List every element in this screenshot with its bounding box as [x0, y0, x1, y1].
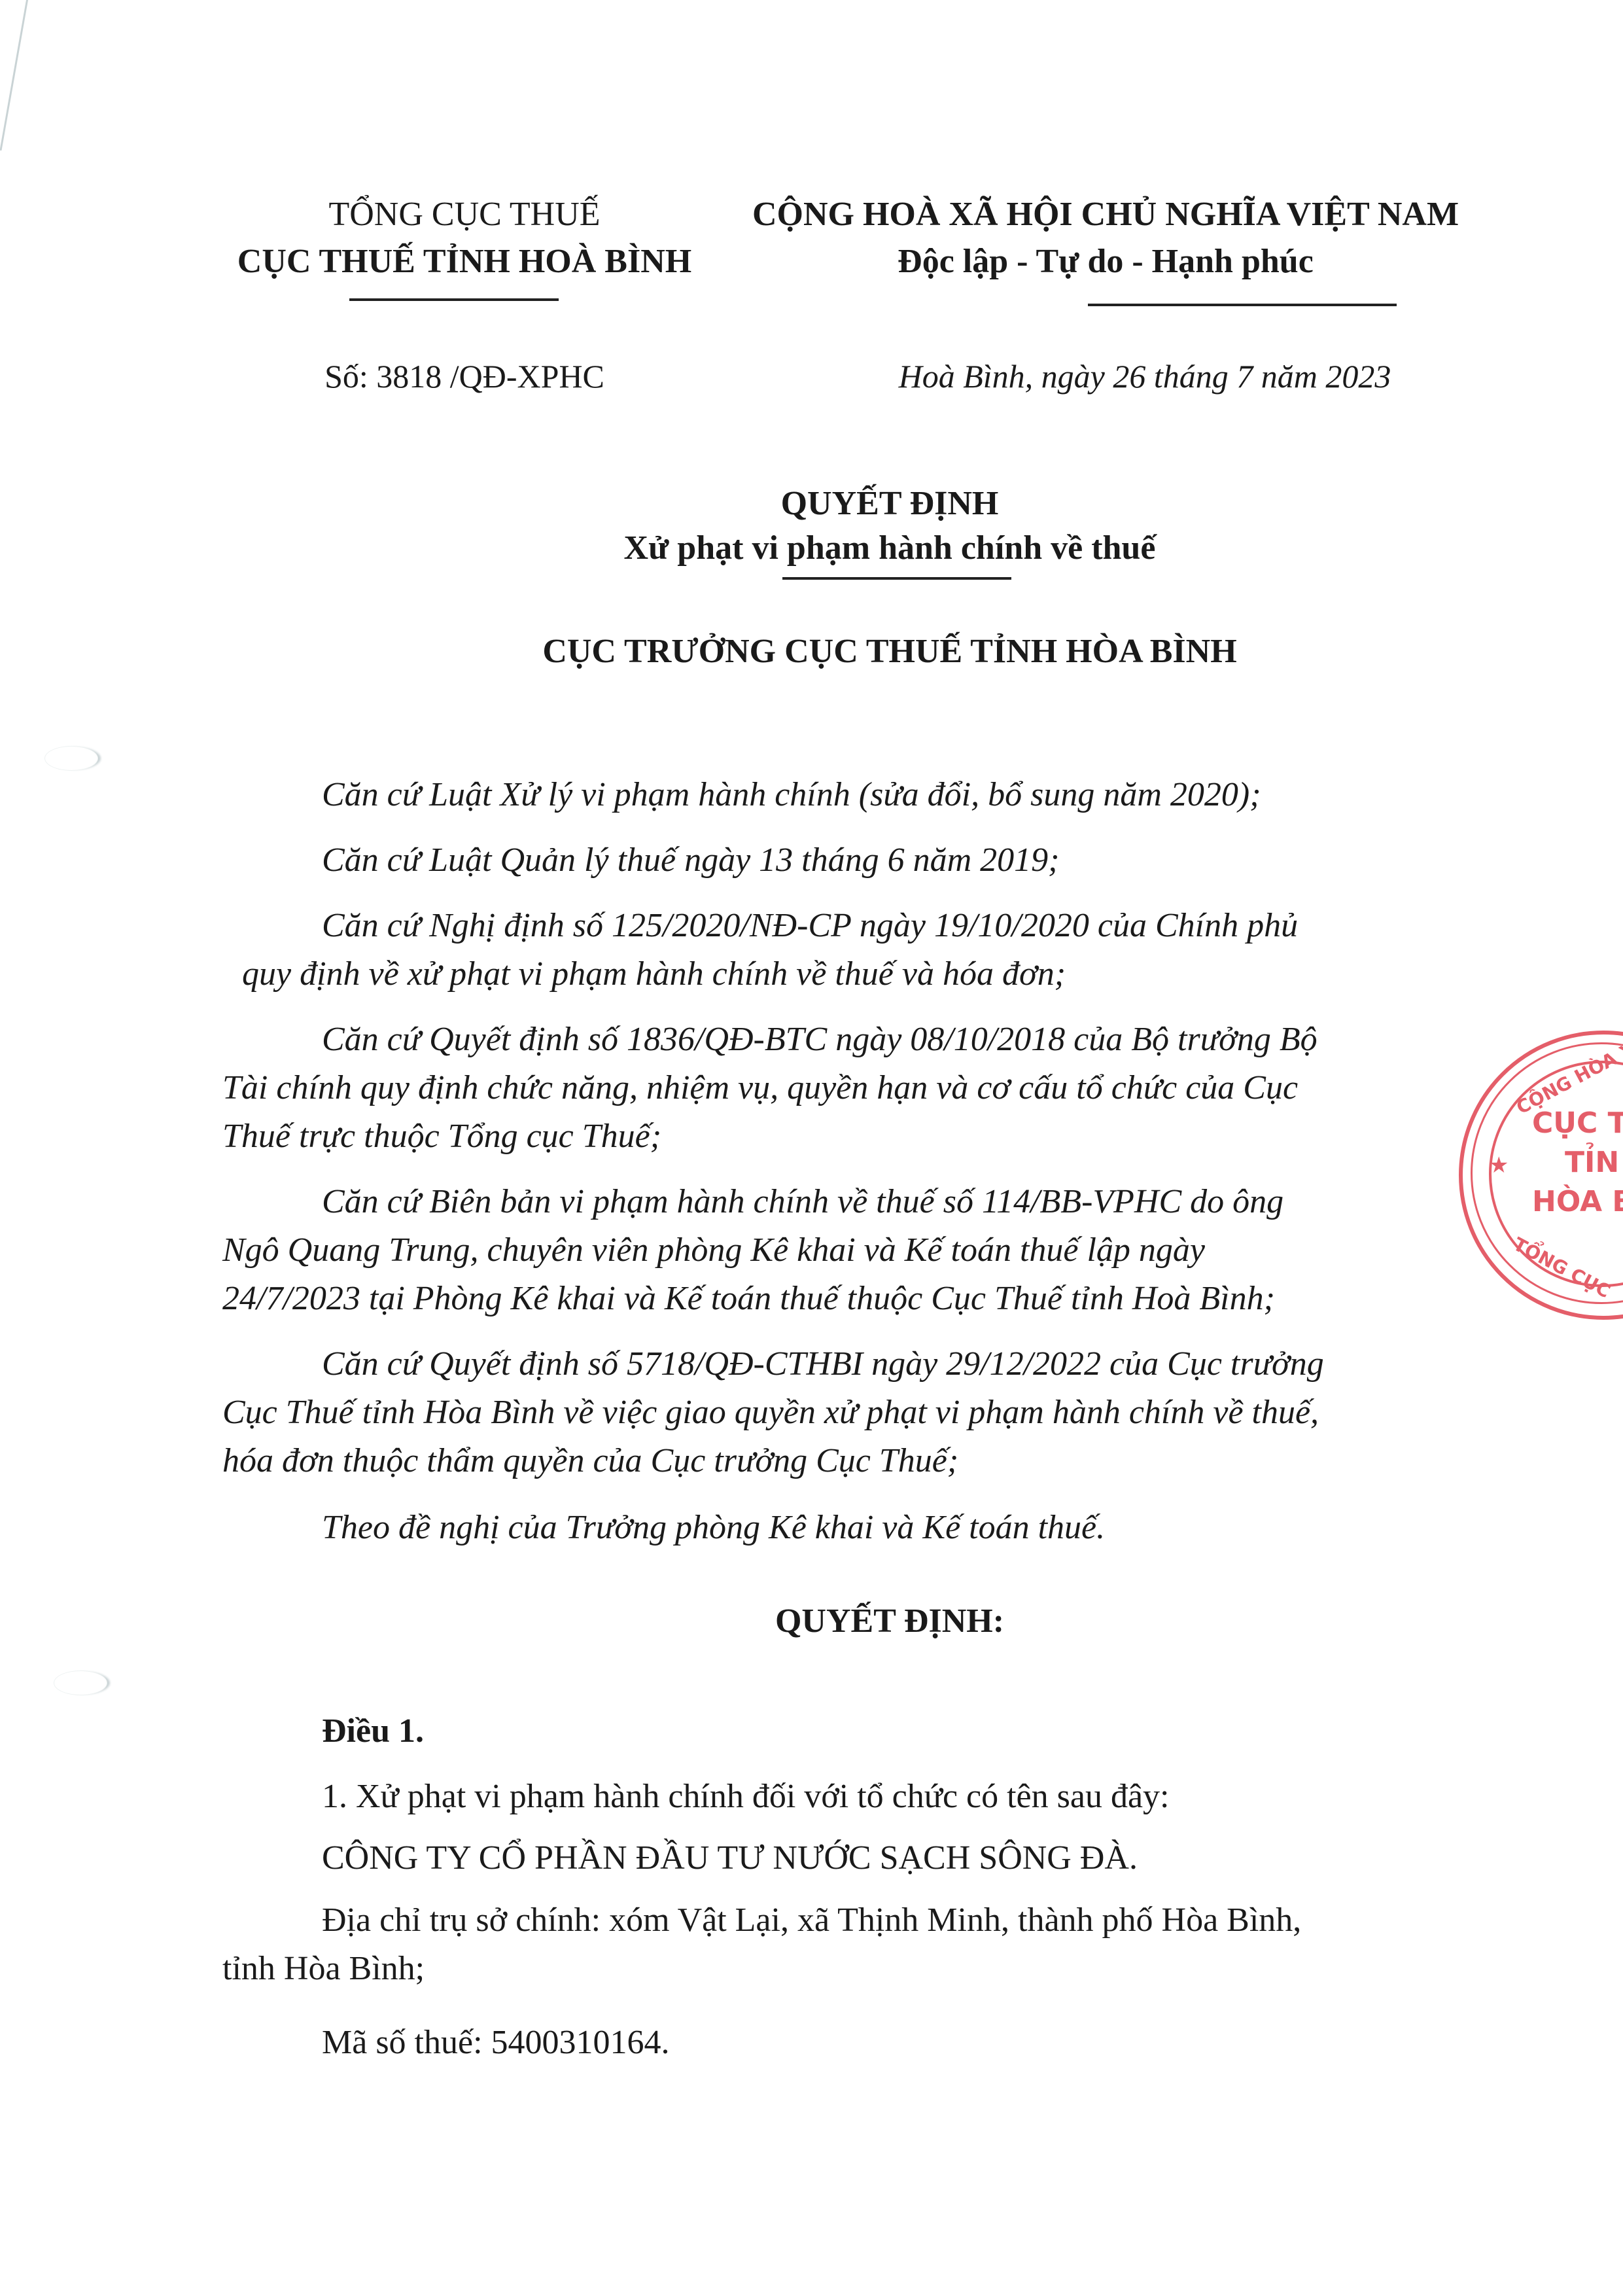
legal-basis-4: Căn cứ Quyết định số 1836/QĐ-BTC ngày 08… [203, 1016, 1459, 1161]
legal-basis-5: Căn cứ Biên bản vi phạm hành chính về th… [203, 1178, 1459, 1323]
decision-subtitle: Xử phạt vi phạm hành chính về thuế [458, 529, 1321, 567]
legal-basis-1: Căn cứ Luật Xử lý vi phạm hành chính (sử… [242, 771, 1459, 819]
agency-parent: TỔNG CỤC THUẾ [229, 195, 700, 234]
article-1-heading: Điều 1. [322, 1712, 424, 1750]
company-address: Địa chỉ trụ sở chính: xóm Vật Lại, xã Th… [222, 1896, 1459, 1993]
seal-center-line-2: TỈN [1565, 1146, 1619, 1179]
place-date: Hoà Bình, ngày 26 tháng 7 năm 2023 [785, 357, 1505, 395]
seal-star-icon: ★ [1489, 1152, 1509, 1178]
decision-title: QUYẾT ĐỊNH [458, 484, 1321, 523]
proposal-basis: Theo đề nghị của Trưởng phòng Kê khai và… [242, 1504, 1459, 1552]
decision-heading: QUYẾT ĐỊNH: [458, 1602, 1321, 1640]
national-motto: Độc lập - Tự do - Hạnh phúc [720, 242, 1492, 281]
company-name: CÔNG TY CỔ PHẦN ĐẦU TƯ NƯỚC SẠCH SÔNG ĐÀ… [322, 1839, 1138, 1877]
agency-underline [349, 298, 559, 301]
legal-basis-3: Căn cứ Nghị định số 125/2020/NĐ-CP ngày … [242, 902, 1459, 998]
national-title: CỘNG HOÀ XÃ HỘI CHỦ NGHĨA VIỆT NAM [720, 195, 1492, 234]
official-seal: CỘNG HÒA X.H. ★ TỔNG CỤC CỤC TH TỈN HÒA … [1459, 1031, 1623, 1320]
document-page: TỔNG CỤC THUẾ CỤC THUẾ TỈNH HOÀ BÌNH Số:… [0, 0, 1623, 2296]
seal-center-line-1: CỤC TH [1532, 1106, 1623, 1140]
subtitle-underline [782, 577, 1011, 580]
seal-center-line-3: HÒA B [1532, 1185, 1623, 1218]
legal-basis-6: Căn cứ Quyết định số 5718/QĐ-CTHBI ngày … [203, 1340, 1459, 1485]
article-1-item-1: 1. Xử phạt vi phạm hành chính đối với tổ… [322, 1777, 1169, 1816]
punch-hole-bottom [54, 1670, 107, 1695]
scan-edge-artifact [0, 0, 28, 150]
motto-underline [1088, 304, 1397, 306]
issuing-authority: CỤC TRƯỞNG CỤC THUẾ TỈNH HÒA BÌNH [393, 632, 1387, 671]
punch-hole-top [44, 746, 98, 771]
document-number: Số: 3818 /QĐ-XPHC [229, 357, 700, 395]
agency-name: CỤC THUẾ TỈNH HOÀ BÌNH [216, 242, 713, 281]
tax-code: Mã số thuế: 5400310164. [322, 2023, 670, 2062]
legal-basis-2: Căn cứ Luật Quản lý thuế ngày 13 tháng 6… [242, 836, 1459, 885]
